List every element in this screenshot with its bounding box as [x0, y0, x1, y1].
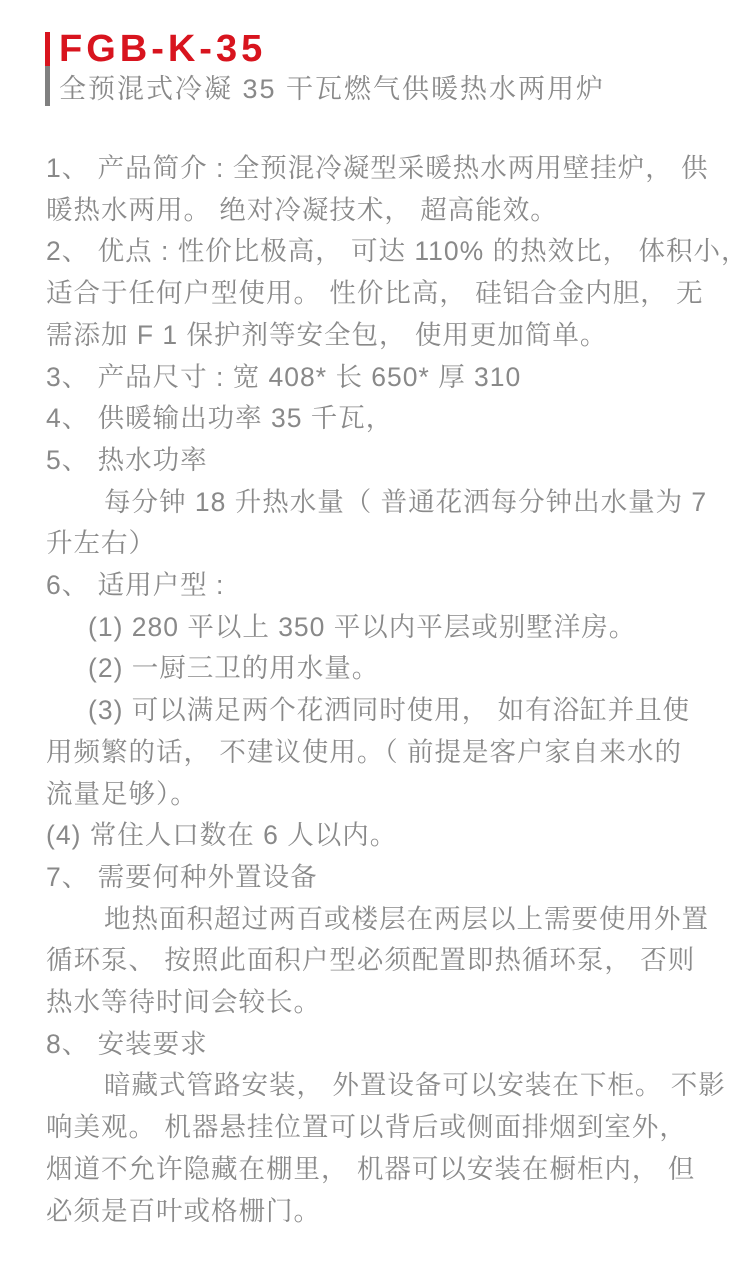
text-line: 适合于任何户型使用。 性价比高， 硅铝合金内胆， 无: [46, 273, 740, 315]
accent-bar-red-segment: [45, 32, 50, 66]
text-line: (2) 一厨三卫的用水量。: [46, 648, 740, 690]
text-line: 6、 适用户型 :: [46, 565, 740, 607]
product-description-page: FGB-K-35 全预混式冷凝 35 干瓦燃气供暖热水两用炉 1、 产品简介 :…: [0, 0, 750, 1266]
text-line: 暗藏式管路安装， 外置设备可以安装在下柜。 不影: [46, 1065, 740, 1107]
document-body: 1、 产品简介 : 全预混冷凝型采暖热水两用壁挂炉， 供暖热水两用。 绝对冷凝技…: [46, 148, 740, 1232]
product-model-title: FGB-K-35: [59, 28, 605, 70]
document-header: FGB-K-35 全预混式冷凝 35 干瓦燃气供暖热水两用炉: [45, 28, 605, 106]
text-line: 8、 安装要求: [46, 1024, 740, 1066]
text-line: 流量足够）。: [46, 774, 740, 816]
text-line: 需添加 F 1 保护剂等安全包， 使用更加简单。: [46, 315, 740, 357]
text-line: 每分钟 18 升热水量（ 普通花洒每分钟出水量为 7: [46, 482, 740, 524]
header-text: FGB-K-35 全预混式冷凝 35 干瓦燃气供暖热水两用炉: [59, 28, 605, 106]
accent-bar: [45, 32, 50, 106]
text-line: 7、 需要何种外置设备: [46, 857, 740, 899]
text-line: 4、 供暖输出功率 35 千瓦，: [46, 398, 740, 440]
text-line: 5、 热水功率: [46, 440, 740, 482]
text-line: (3) 可以满足两个花洒同时使用， 如有浴缸并且使: [46, 690, 740, 732]
text-line: (1) 280 平以上 350 平以内平层或别墅洋房。: [46, 607, 740, 649]
text-line: 升左右）: [46, 523, 740, 565]
text-line: 暖热水两用。 绝对冷凝技术， 超高能效。: [46, 190, 740, 232]
text-line: 必须是百叶或格栅门。: [46, 1191, 740, 1233]
accent-bar-gray-segment: [45, 66, 50, 106]
product-subtitle: 全预混式冷凝 35 干瓦燃气供暖热水两用炉: [59, 72, 605, 106]
text-line: 用频繁的话， 不建议使用。（ 前提是客户家自来水的: [46, 732, 740, 774]
text-line: 热水等待时间会较长。: [46, 982, 740, 1024]
text-line: 1、 产品简介 : 全预混冷凝型采暖热水两用壁挂炉， 供: [46, 148, 740, 190]
text-line: (4) 常住人口数在 6 人以内。: [46, 815, 740, 857]
text-line: 3、 产品尺寸 : 宽 408* 长 650* 厚 310: [46, 357, 740, 399]
text-line: 2、 优点 : 性价比极高， 可达 110% 的热效比， 体积小，: [46, 231, 740, 273]
text-line: 循环泵、 按照此面积户型必须配置即热循环泵， 否则: [46, 940, 740, 982]
text-line: 地热面积超过两百或楼层在两层以上需要使用外置: [46, 899, 740, 941]
text-line: 烟道不允许隐藏在棚里， 机器可以安装在橱柜内， 但: [46, 1149, 740, 1191]
text-line: 响美观。 机器悬挂位置可以背后或侧面排烟到室外，: [46, 1107, 740, 1149]
